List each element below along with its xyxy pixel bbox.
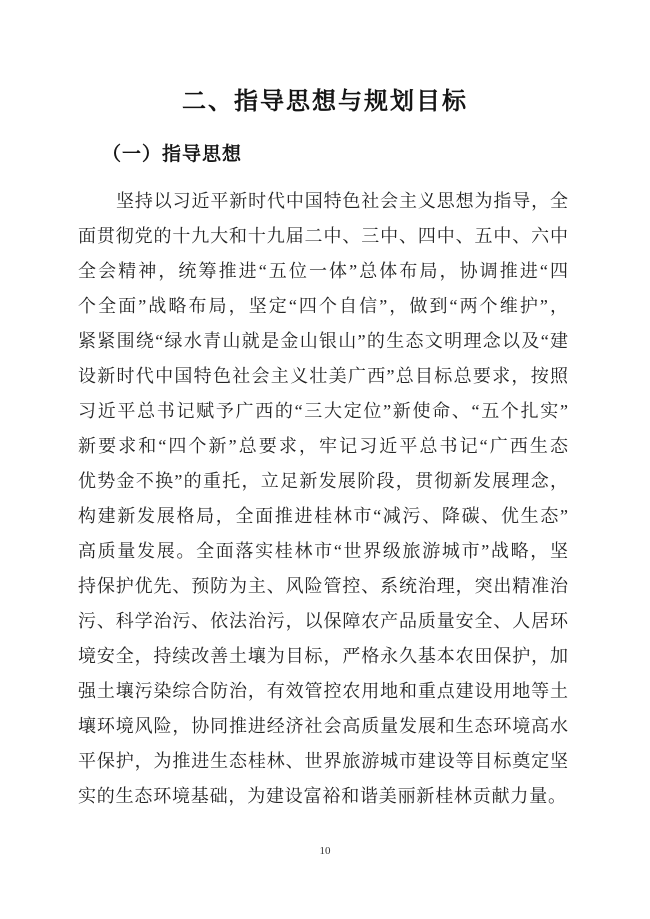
- paragraph-line: 优势金不换”的重托，立足新发展阶段，贯彻新发展理念，: [78, 464, 568, 499]
- paragraph-line: 坚持以习近平新时代中国特色社会主义思想为指导，全: [78, 184, 568, 219]
- page-number: 10: [320, 845, 331, 857]
- paragraph-line: 高质量发展。全面落实桂林市“世界级旅游城市”战略，坚: [78, 534, 568, 569]
- subsection-title: （一）指导思想: [102, 139, 242, 166]
- paragraph-line: 平保护，为推进生态桂林、世界旅游城市建设等目标奠定坚: [78, 744, 568, 779]
- paragraph-line: 构建新发展格局，全面推进桂林市“减污、降碳、优生态”: [78, 499, 568, 534]
- paragraph-line: 面贯彻党的十九大和十九届二中、三中、四中、五中、六中: [78, 219, 568, 254]
- document-page: 二、指导思想与规划目标 （一）指导思想 坚持以习近平新时代中国特色社会主义思想为…: [0, 0, 650, 919]
- paragraph-line: 壤环境风险，协同推进经济社会高质量发展和生态环境高水: [78, 709, 568, 744]
- paragraph: 坚持以习近平新时代中国特色社会主义思想为指导，全面贯彻党的十九大和十九届二中、三…: [78, 184, 568, 814]
- paragraph-line: 习近平总书记赋予广西的“三大定位”新使命、“五个扎实”: [78, 394, 568, 429]
- paragraph-line: 个全面”战略布局，坚定“四个自信”，做到“两个维护”，: [78, 289, 568, 324]
- paragraph-line: 紧紧围绕“绿水青山就是金山银山”的生态文明理念以及“建: [78, 324, 568, 359]
- section-title: 二、指导思想与规划目标: [0, 81, 650, 116]
- paragraph-line: 强土壤污染综合防治，有效管控农用地和重点建设用地等土: [78, 674, 568, 709]
- paragraph-line: 实的生态环境基础，为建设富裕和谐美丽新桂林贡献力量。: [78, 779, 568, 814]
- paragraph-line: 持保护优先、预防为主、风险管控、系统治理，突出精准治: [78, 569, 568, 604]
- paragraph-line: 全会精神，统筹推进“五位一体”总体布局，协调推进“四: [78, 254, 568, 289]
- paragraph-line: 设新时代中国特色社会主义壮美广西”总目标总要求，按照: [78, 359, 568, 394]
- paragraph-line: 新要求和“四个新”总要求，牢记习近平总书记“广西生态: [78, 429, 568, 464]
- paragraph-line: 污、科学治污、依法治污，以保障农产品质量安全、人居环: [78, 604, 568, 639]
- paragraph-line: 境安全，持续改善土壤为目标，严格永久基本农田保护，加: [78, 639, 568, 674]
- page-footer: 10: [0, 841, 650, 859]
